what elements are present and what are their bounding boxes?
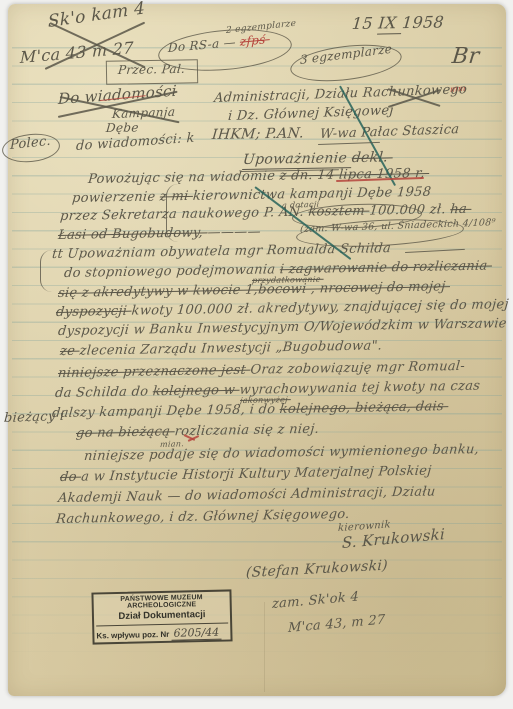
body-line: ze zlecenia Zarządu Inwestycji „Bugobudo… — [59, 339, 387, 358]
stamp-registry-label: Ks. wpływu poz. Nr — [96, 630, 169, 641]
stamp-department: Dział Dokumentacji — [96, 609, 228, 623]
recipient-line-4: W-wa Pałac Staszica — [320, 123, 465, 141]
scanned-document-page: { "colors":{"pencil":"#5b5749","teal":"#… — [0, 0, 513, 709]
body-line: niniejsze podaje się do wiadomości wymie… — [83, 443, 484, 463]
stamp-registry-number: 6205/44 — [171, 626, 221, 641]
handwriting-layer: Sk'o kam 4 M'ca 43 m 27 Do RS-a — zfpś 2… — [0, 0, 513, 709]
note-do-wiadomosci: do wiadomości: k — [76, 131, 200, 153]
archive-stamp: PAŃSTWOWE MUZEUM ARCHEOLOGICZNE Dział Do… — [91, 589, 232, 644]
body-line: niniejsze przeznaczone jest Oraz zobowią… — [57, 360, 470, 380]
recipient-line-3: IHKM; P.AN. — [211, 126, 309, 142]
box-przec-pal — [106, 59, 198, 85]
date: 15 IX 1958 — [351, 14, 450, 32]
recipient-line-2: i Dz. Głównej Księgowej — [228, 104, 399, 123]
body-line: dyspozycji w Banku Inwestycyjnym O/Wojew… — [57, 317, 511, 338]
brace-left-upowazniam — [40, 250, 53, 292]
signature-address-2: M'ca 43, m 27 — [288, 613, 390, 635]
body-line: Łasi od Bugobudowy, ———— — [57, 225, 265, 242]
body-line: Akademji Nauk — do wiadomości Administra… — [57, 485, 440, 505]
body-line: do a w Instytucie Historji Kultury Mater… — [59, 464, 436, 484]
body-line: dyspozycji kwoty 100.000 zł. akredytywy,… — [55, 298, 513, 319]
body-line: Rachunkowego, i dz. Głównej Księgowego. — [55, 508, 354, 526]
note-kampanja: Kampanja — [112, 106, 180, 120]
body-insert-crossed: jakonwyżej — [240, 396, 291, 405]
pencil-wavy-line — [405, 249, 465, 254]
circle-polec — [1, 131, 62, 165]
body-line: się z akredytywy w kwocie 1,bocowi , nro… — [57, 280, 450, 300]
body-line: powierzenie z mi kierownictwa kampanji D… — [71, 186, 436, 205]
stamp-registry-row: Ks. wpływu poz. Nr 6205/44 — [96, 623, 228, 642]
margin-note: bieżący i — [4, 410, 70, 425]
signature-full-name: (Stefan Krukowski) — [246, 558, 393, 580]
signature-address-1: zam. Sk'ok 4 — [272, 590, 364, 611]
body-line: go na bieżącą rozliczania się z niej. — [75, 423, 324, 440]
note-debe: Dębe — [105, 121, 143, 134]
note-br: Br — [451, 46, 488, 68]
circle-3-egz — [288, 39, 403, 86]
brace-left-paragraph — [166, 184, 185, 242]
heading-upowaznienie: Upoważnienie dekl. — [242, 150, 393, 167]
